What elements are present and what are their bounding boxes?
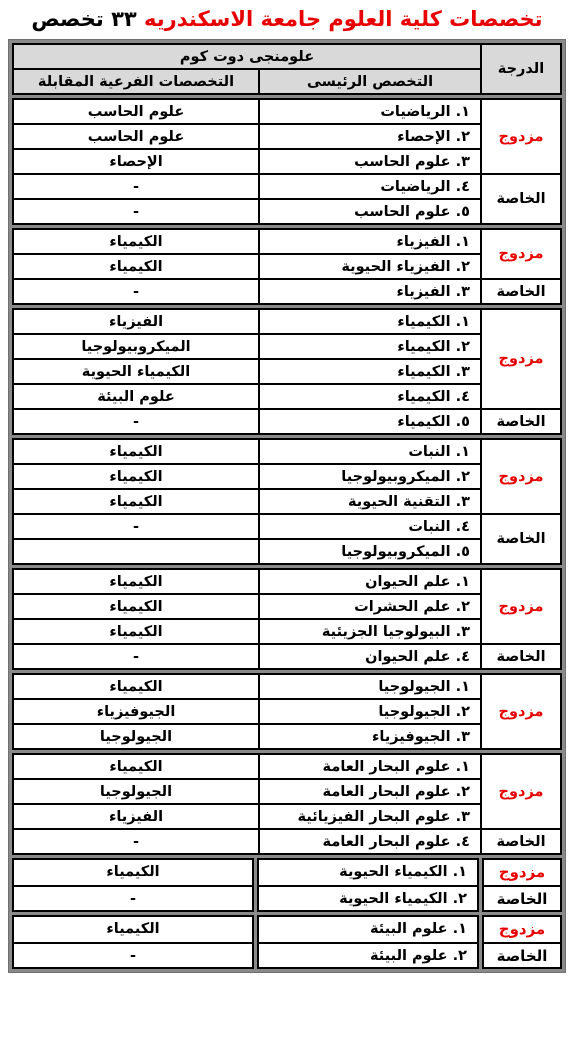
- degree-cell: مزدوج: [481, 229, 561, 279]
- page-title: تخصصات كلية العلوم جامعة الاسكندريه ٣٣ ت…: [0, 0, 574, 39]
- sub-specialization-cell: الكيمياء: [13, 229, 259, 254]
- main-specialization-cell: ١. علوم البحار العامة: [259, 754, 481, 779]
- sub-specialization-cell: الكيمياء: [13, 594, 259, 619]
- section-5: مزدوج١. علم الحيوانالكيمياء٢. علم الحشرا…: [12, 568, 562, 670]
- table-row: ٥. علوم الحاسب-: [13, 199, 561, 224]
- sub-specialization-cell: الكيمياء: [13, 569, 259, 594]
- sub-specialization-cell: الميكروبيولوجيا: [13, 334, 259, 359]
- section-9: مزدوجالخاصة١. علوم البيئة٢. علوم البيئةا…: [12, 915, 562, 969]
- degree-cell: مزدوج: [481, 309, 561, 409]
- section-4: مزدوج١. النباتالكيمياء٢. الميكروبيولوجيا…: [12, 438, 562, 565]
- sub-specialization-cell: -: [13, 174, 259, 199]
- site-banner: علومنجى دوت كوم: [13, 44, 481, 69]
- table-row: ٣. علوم الحاسبالإحصاء: [13, 149, 561, 174]
- main-column-block: ١. الكيمياء الحيوية٢. الكيمياء الحيوية: [257, 858, 479, 912]
- main-specialization-cell: ٢. علم الحشرات: [259, 594, 481, 619]
- sub-specialization-cell: الكيمياء: [13, 464, 259, 489]
- main-column-block: ١. علوم البيئة٢. علوم البيئة: [257, 915, 479, 969]
- degree-cell: مزدوج: [481, 674, 561, 749]
- main-specialization-cell: ٢. الجيولوجيا: [259, 699, 481, 724]
- main-specialization-cell: ٣. علوم البحار الفيزيائية: [259, 804, 481, 829]
- table-row: مزدوج١. علم الحيوانالكيمياء: [13, 569, 561, 594]
- sub-column-header: التخصصات الفرعية المقابلة: [13, 69, 259, 94]
- section-7: مزدوج١. علوم البحار العامةالكيمياء٢. علو…: [12, 753, 562, 855]
- main-specialization-cell: ٢. علوم البيئة: [259, 942, 477, 967]
- main-specialization-cell: ١. الكيمياء: [259, 309, 481, 334]
- sub-specialization-cell: -: [13, 199, 259, 224]
- main-specialization-cell: ٥. الميكروبيولوجيا: [259, 539, 481, 564]
- degree-cell: الخاصة: [481, 644, 561, 669]
- table-row: الخاصة٤. الرياضيات-: [13, 174, 561, 199]
- sub-column-block: الكيمياء-: [12, 858, 254, 912]
- main-specialization-cell: ٣. الكيمياء: [259, 359, 481, 384]
- main-specialization-cell: ٣. الجيوفيزياء: [259, 724, 481, 749]
- sub-specialization-cell: الفيزياء: [13, 309, 259, 334]
- section-2: مزدوج١. الفيزياءالكيمياء٢. الفيزياء الحي…: [12, 228, 562, 305]
- degree-cell: مزدوج: [481, 569, 561, 644]
- main-specialization-cell: ٢. الكيمياء الحيوية: [259, 885, 477, 910]
- main-specialization-cell: ٤. الرياضيات: [259, 174, 481, 199]
- main-column-header: التخصص الرئيسى: [259, 69, 481, 94]
- sub-column-block: الكيمياء-: [12, 915, 254, 969]
- degree-cell: الخاصة: [481, 279, 561, 304]
- table-row: مزدوج١. الجيولوجياالكيمياء: [13, 674, 561, 699]
- table-row: ٣. الكيمياءالكيمياء الحيوية: [13, 359, 561, 384]
- sub-specialization-cell: الجيولوجيا: [13, 724, 259, 749]
- degree-cell: الخاصة: [481, 829, 561, 854]
- table-row: مزدوج١. علوم البحار العامةالكيمياء: [13, 754, 561, 779]
- page-title-red-part: تخصصات كلية العلوم جامعة الاسكندريه: [144, 7, 543, 31]
- degree-column-header: الدرجة: [481, 44, 561, 94]
- sub-specialization-cell: الكيمياء: [13, 489, 259, 514]
- main-specialization-cell: ٤. علم الحيوان: [259, 644, 481, 669]
- main-specialization-cell: ١. النبات: [259, 439, 481, 464]
- sub-specialization-cell: علوم البيئة: [13, 384, 259, 409]
- table-row: مزدوج١. الكيمياءالفيزياء: [13, 309, 561, 334]
- degree-column-block: مزدوجالخاصة: [482, 915, 562, 969]
- degree-cell: مزدوج: [484, 917, 560, 942]
- table-row: الخاصة٤. النبات-: [13, 514, 561, 539]
- sub-specialization-cell: -: [14, 942, 252, 967]
- table-row: ٣. البيولوجيا الجزيئيةالكيمياء: [13, 619, 561, 644]
- table-row: مزدوج١. الفيزياءالكيمياء: [13, 229, 561, 254]
- table-row: الخاصة٤. علم الحيوان-: [13, 644, 561, 669]
- degree-cell: الخاصة: [481, 409, 561, 434]
- table-row: ٣. التقنية الحيويةالكيمياء: [13, 489, 561, 514]
- table-row: ٢. الإحصاءعلوم الحاسب: [13, 124, 561, 149]
- table-row: ٢. الجيولوجياالجيوفيزياء: [13, 699, 561, 724]
- main-specialization-cell: ٢. الفيزياء الحيوية: [259, 254, 481, 279]
- main-specialization-cell: ١. الكيمياء الحيوية: [259, 860, 477, 885]
- main-specialization-cell: ١. علم الحيوان: [259, 569, 481, 594]
- degree-cell: الخاصة: [481, 174, 561, 224]
- degree-cell: الخاصة: [481, 514, 561, 564]
- main-specialization-cell: ١. الفيزياء: [259, 229, 481, 254]
- table-row: الخاصة٥. الكيمياء-: [13, 409, 561, 434]
- sub-specialization-cell: الكيمياء: [13, 439, 259, 464]
- section-3: مزدوج١. الكيمياءالفيزياء٢. الكيمياءالميك…: [12, 308, 562, 435]
- degree-cell: الخاصة: [484, 942, 560, 967]
- degree-column-block: مزدوجالخاصة: [482, 858, 562, 912]
- main-specialization-cell: ٥. علوم الحاسب: [259, 199, 481, 224]
- main-specialization-cell: ٢. الكيمياء: [259, 334, 481, 359]
- sub-specialization-cell: علوم الحاسب: [13, 124, 259, 149]
- section-6: مزدوج١. الجيولوجياالكيمياء٢. الجيولوجياا…: [12, 673, 562, 750]
- sub-specialization-cell: الكيمياء: [13, 619, 259, 644]
- degree-cell: مزدوج: [484, 860, 560, 885]
- sub-specialization-cell: -: [14, 885, 252, 910]
- sub-specialization-cell: -: [13, 279, 259, 304]
- sub-specialization-cell: [13, 539, 259, 564]
- sub-specialization-cell: -: [13, 829, 259, 854]
- sub-specialization-cell: الكيمياء: [13, 754, 259, 779]
- main-specialization-cell: ١. الرياضيات: [259, 99, 481, 124]
- table-row: ٢. الفيزياء الحيويةالكيمياء: [13, 254, 561, 279]
- degree-cell: مزدوج: [481, 754, 561, 829]
- sub-specialization-cell: الكيمياء: [14, 917, 252, 942]
- table-row: ٢. علم الحشراتالكيمياء: [13, 594, 561, 619]
- main-specialization-cell: ٢. علوم البحار العامة: [259, 779, 481, 804]
- main-specialization-cell: ٢. الإحصاء: [259, 124, 481, 149]
- main-specialization-cell: ٤. علوم البحار العامة: [259, 829, 481, 854]
- table-row: ٤. الكيمياءعلوم البيئة: [13, 384, 561, 409]
- table-row: الخاصة٤. علوم البحار العامة-: [13, 829, 561, 854]
- sub-specialization-cell: الكيمياء: [13, 674, 259, 699]
- table-row: ٢. الكيمياءالميكروبيولوجيا: [13, 334, 561, 359]
- sub-specialization-cell: الكيمياء: [13, 254, 259, 279]
- page-title-count-part: ٣٣ تخصص: [31, 7, 136, 31]
- table-row: مزدوج١. الرياضياتعلوم الحاسب: [13, 99, 561, 124]
- main-specialization-cell: ١. الجيولوجيا: [259, 674, 481, 699]
- sub-specialization-cell: علوم الحاسب: [13, 99, 259, 124]
- degree-cell: مزدوج: [481, 439, 561, 514]
- sub-specialization-cell: الإحصاء: [13, 149, 259, 174]
- main-specialization-cell: ٤. الكيمياء: [259, 384, 481, 409]
- table-sections: مزدوج١. الرياضياتعلوم الحاسب٢. الإحصاءعل…: [12, 98, 562, 969]
- table-row: مزدوج١. النباتالكيمياء: [13, 439, 561, 464]
- degree-cell: مزدوج: [481, 99, 561, 174]
- table-row: ٢. الميكروبيولوجياالكيمياء: [13, 464, 561, 489]
- sub-specialization-cell: الجيوفيزياء: [13, 699, 259, 724]
- sub-specialization-cell: -: [13, 514, 259, 539]
- main-specialization-cell: ٣. الفيزياء: [259, 279, 481, 304]
- section-1: مزدوج١. الرياضياتعلوم الحاسب٢. الإحصاءعل…: [12, 98, 562, 225]
- table-row: ٣. الجيوفيزياءالجيولوجيا: [13, 724, 561, 749]
- sub-specialization-cell: -: [13, 644, 259, 669]
- sub-specialization-cell: الكيمياء الحيوية: [13, 359, 259, 384]
- specializations-table: الدرجة علومنجى دوت كوم التخصص الرئيسى ال…: [8, 39, 566, 973]
- sub-specialization-cell: -: [13, 409, 259, 434]
- main-specialization-cell: ٥. الكيمياء: [259, 409, 481, 434]
- sub-specialization-cell: الفيزياء: [13, 804, 259, 829]
- table-row: الخاصة٣. الفيزياء-: [13, 279, 561, 304]
- main-specialization-cell: ٢. الميكروبيولوجيا: [259, 464, 481, 489]
- main-specialization-cell: ٣. البيولوجيا الجزيئية: [259, 619, 481, 644]
- table-row: ٥. الميكروبيولوجيا: [13, 539, 561, 564]
- section-8: مزدوجالخاصة١. الكيمياء الحيوية٢. الكيميا…: [12, 858, 562, 912]
- sub-specialization-cell: الكيمياء: [14, 860, 252, 885]
- table-header-block: الدرجة علومنجى دوت كوم التخصص الرئيسى ال…: [12, 43, 562, 95]
- main-specialization-cell: ٤. النبات: [259, 514, 481, 539]
- table-row: ٢. علوم البحار العامةالجيولوجيا: [13, 779, 561, 804]
- main-specialization-cell: ٣. التقنية الحيوية: [259, 489, 481, 514]
- degree-cell: الخاصة: [484, 885, 560, 910]
- main-specialization-cell: ٣. علوم الحاسب: [259, 149, 481, 174]
- main-specialization-cell: ١. علوم البيئة: [259, 917, 477, 942]
- table-row: ٣. علوم البحار الفيزيائيةالفيزياء: [13, 804, 561, 829]
- sub-specialization-cell: الجيولوجيا: [13, 779, 259, 804]
